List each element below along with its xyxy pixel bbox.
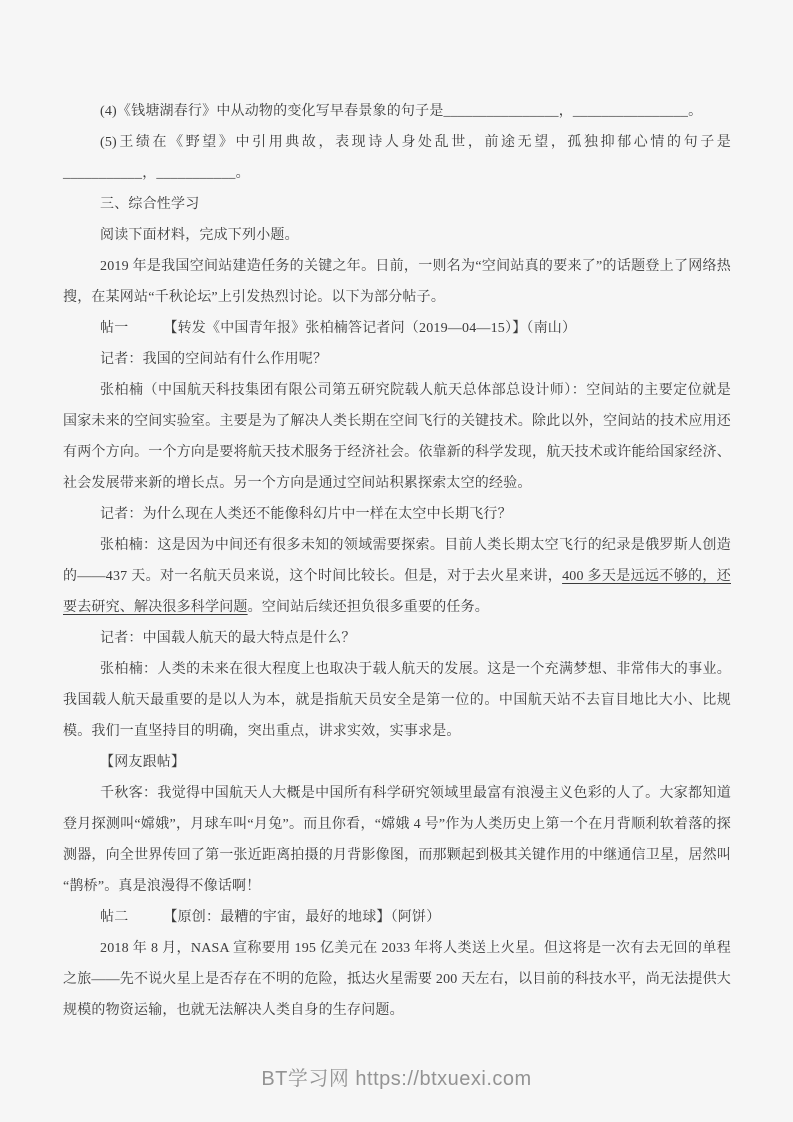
post1-header: 帖一【转发《中国青年报》张柏楠答记者问（2019—04—15）】（南山） bbox=[63, 313, 731, 344]
background-paragraph: 2019 年是我国空间站建造任务的关键之年。日前，一则名为“空间站真的要来了”的… bbox=[63, 251, 731, 313]
fill-blank-item-5: (5)王绩在《野望》中引用典故，表现诗人身处乱世，前途无望，孤独抑郁心情的句子是… bbox=[63, 127, 731, 189]
answer-2-text-end: 。空间站后续还担负很多重要的任务。 bbox=[248, 600, 489, 615]
post2-header: 帖二【原创：最糟的宇宙，最好的地球】（阿饼） bbox=[63, 902, 731, 933]
scanned-worksheet: { "colors": { "background": "#f6f6f6", "… bbox=[0, 0, 793, 1122]
designer-answer-1: 张柏楠（中国航天科技集团有限公司第五研究院载人航天总体部总设计师）：空间站的主要… bbox=[63, 375, 731, 499]
section-heading: 三、综合性学习 bbox=[63, 189, 731, 220]
document-page: (4)《钱塘湖春行》中从动物的变化写早春景象的句子是______________… bbox=[0, 0, 793, 1026]
netizen-reply: 千秋客：我觉得中国航天人大概是中国所有科学研究领域里最富有浪漫主义色彩的人了。大… bbox=[63, 778, 731, 902]
post2-label: 帖二 bbox=[100, 910, 128, 925]
watermark: BT学习网 https://btxuexi.com bbox=[0, 1062, 793, 1091]
post1-label: 帖一 bbox=[100, 321, 128, 336]
designer-answer-3: 张柏楠：人类的未来在很大程度上也取决于载人航天的发展。这是一个充满梦想、非常伟大… bbox=[63, 654, 731, 747]
post2-body: 2018 年 8 月，NASA 宣称要用 195 亿美元在 2033 年将人类送… bbox=[63, 933, 731, 1026]
reporter-question-2: 记者：为什么现在人类还不能像科幻片中一样在太空中长期飞行？ bbox=[63, 499, 731, 530]
post1-title: 【转发《中国青年报》张柏楠答记者问（2019—04—15）】（南山） bbox=[163, 321, 576, 336]
reporter-question-1: 记者：我国的空间站有什么作用呢？ bbox=[63, 344, 731, 375]
post2-title: 【原创：最糟的宇宙，最好的地球】（阿饼） bbox=[163, 910, 440, 925]
netizen-follow-up-header: 【网友跟帖】 bbox=[63, 747, 731, 778]
reporter-question-3: 记者：中国载人航天的最大特点是什么？ bbox=[63, 623, 731, 654]
section-intro: 阅读下面材料，完成下列小题。 bbox=[63, 220, 731, 251]
fill-blank-item-4: (4)《钱塘湖春行》中从动物的变化写早春景象的句子是______________… bbox=[63, 96, 731, 127]
designer-answer-2: 张柏楠：这是因为中间还有很多未知的领域需要探索。目前人类长期太空飞行的纪录是俄罗… bbox=[63, 530, 731, 623]
